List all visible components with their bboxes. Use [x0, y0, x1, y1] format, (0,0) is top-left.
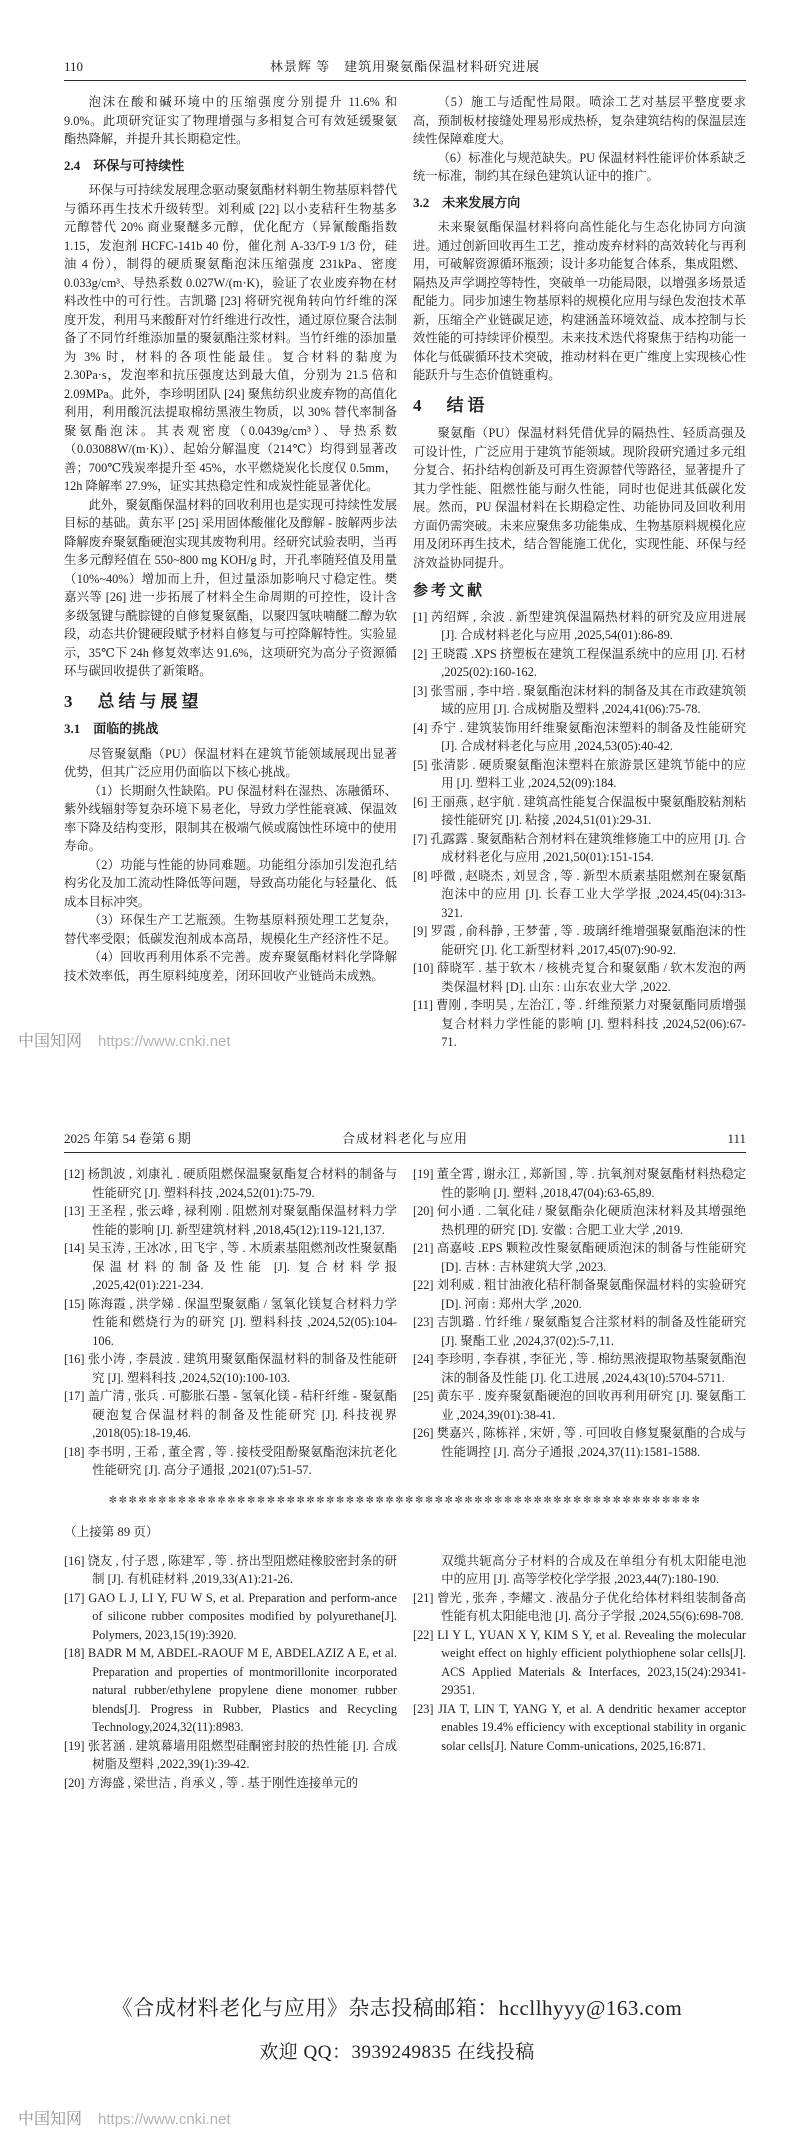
- reference-item: [12] 杨凯波 , 刘康礼 . 硬质阻燃保温聚氨酯复合材料的制备与性能研究 […: [64, 1165, 397, 1202]
- cnki-url: https://www.cnki.net: [98, 1033, 231, 1050]
- reference-item: [23] JIA T, LIN T, YANG Y, et al. A dend…: [413, 1700, 746, 1756]
- journal-submission-footer: 《合成材料老化与应用》杂志投稿邮箱：hccllhyyy@163.com 欢迎 Q…: [0, 1992, 794, 2064]
- reference-item: [21] 曾光 , 张奔 , 李耀文 . 液晶分子优化给体材料组装制备高性能有机…: [413, 1589, 746, 1626]
- section-heading-3: 3 总结与展望: [64, 693, 397, 712]
- continuation-note: （上接第 89 页）: [64, 1521, 746, 1540]
- reference-item: [1] 芮绍辉 , 余波 . 新型建筑保温隔热材料的研究及应用进展 [J]. 合…: [413, 608, 746, 645]
- paragraph-challenge-5: （5）施工与适配性局限。喷涂工艺对基层平整度要求高，预制板材接缝处理易形成热桥，…: [413, 93, 746, 149]
- cnki-watermark: 中国知网 https://www.cnki.net: [18, 2106, 231, 2129]
- paragraph-sustainability-1: 环保与可持续发展理念驱动聚氨酯材料朝生物基原料替代与循环再生技术升级转型。刘利威…: [64, 181, 397, 496]
- page-110: 110 林景辉 等 建筑用聚氨酯保温材料研究进展 泡沫在酸和碱环境中的压缩强度分…: [64, 56, 746, 1052]
- reference-item: [20] 何小通 . 二氧化硅 / 聚氨酯杂化硬质泡沫材料及其增强绝热机理的研究…: [413, 1202, 746, 1239]
- page-number: 111: [596, 1131, 746, 1147]
- paragraph-challenge-2: （2）功能与性能的协同难题。功能组分添加引发泡孔结构劣化及加工流动性降低等问题，…: [64, 856, 397, 912]
- continued-article-columns: [16] 饶友 , 付子恩 , 陈建军 , 等 . 挤出型阻燃硅橡胶密封条的研制…: [64, 1552, 746, 1793]
- cnki-url: https://www.cnki.net: [98, 2111, 231, 2128]
- reference-item: [26] 樊嘉兴 , 陈栋祥 , 宋妍 , 等 . 可回收自修复聚氨酯的合成与性…: [413, 1424, 746, 1461]
- page-110-right-column: （5）施工与适配性局限。喷涂工艺对基层平整度要求高，预制板材接缝处理易形成热桥，…: [413, 93, 746, 1052]
- reference-item: [22] LI Y L, YUAN X Y, KIM S Y, et al. R…: [413, 1626, 746, 1700]
- reference-item: [16] 张小涛 , 李晨波 . 建筑用聚氨酯保温材料的制备及性能研究 [J].…: [64, 1350, 397, 1387]
- running-title: 林景辉 等 建筑用聚氨酯保温材料研究进展: [214, 56, 596, 75]
- cnki-brand: 中国知网: [18, 2106, 82, 2129]
- page-111-right-column: [19] 董全霄 , 谢永江 , 郑新国 , 等 . 抗氧剂对聚氨酯材料热稳定性…: [413, 1165, 746, 1480]
- reference-item: [3] 张雪丽 , 李中培 . 聚氨酯泡沫材料的制备及其在市政建筑领域的应用 […: [413, 682, 746, 719]
- page-110-header: 110 林景辉 等 建筑用聚氨酯保温材料研究进展: [64, 56, 746, 81]
- reference-item: [25] 黄东平 . 废弃聚氨酯硬泡的回收再利用研究 [J]. 聚氨酯工业 ,2…: [413, 1387, 746, 1424]
- reference-item: [18] BADR M M, ABDEL-RAOUF M E, ABDELAZI…: [64, 1644, 397, 1737]
- paragraph-conclusion: 聚氨酯（PU）保温材料凭借优异的隔热性、轻质高强及可设计性，广泛应用于建筑节能领…: [413, 424, 746, 572]
- reference-item: [5] 张清影 . 硬质聚氨酯泡沫塑料在旅游景区建筑节能中的应用 [J]. 塑料…: [413, 756, 746, 793]
- paragraph-challenges-intro: 尽管聚氨酯（PU）保温材料在建筑节能领域展现出显著优势，但其广泛应用仍面临以下核…: [64, 745, 397, 782]
- reference-item: [24] 李珍明 , 李春祺 , 李征光 , 等 . 棉纺黑液提取物基聚氨酯泡沫…: [413, 1350, 746, 1387]
- reference-item: [19] 董全霄 , 谢永江 , 郑新国 , 等 . 抗氧剂对聚氨酯材料热稳定性…: [413, 1165, 746, 1202]
- reference-item: [11] 曹刚 , 李明昊 , 左治江 , 等 . 纤维预紧力对聚氨酯同质增强复…: [413, 996, 746, 1052]
- reference-item: [17] 盖广清 , 张兵 . 可膨胀石墨 - 氢氧化镁 - 秸秆纤维 - 聚氨…: [64, 1387, 397, 1443]
- section-heading-3-2: 3.2 未来发展方向: [413, 194, 746, 213]
- reference-item: [23] 吉凯璐 . 竹纤维 / 聚氨酯复合注浆材料的制备及性能研究 [J]. …: [413, 1313, 746, 1350]
- reference-item: [15] 陈海霞 , 洪学娣 . 保温型聚氨酯 / 氢氧化镁复合材料力学性能和燃…: [64, 1295, 397, 1351]
- reference-item: [10] 薛晓军 . 基于软木 / 核桃壳复合和聚氨酯 / 软木发泡的两类保温材…: [413, 959, 746, 996]
- page-110-left-column: 泡沫在酸和碱环境中的压缩强度分别提升 11.6% 和 9.0%。此项研究证实了物…: [64, 93, 397, 1052]
- paragraph-future-directions: 未来聚氨酯保温材料将向高性能化与生态化协同方向演进。通过创新回收再生工艺，推动废…: [413, 218, 746, 385]
- cnki-brand: 中国知网: [18, 1028, 82, 1051]
- reference-item: [2] 王晓霞 .XPS 挤塑板在建筑工程保温系统中的应用 [J]. 石材 ,2…: [413, 645, 746, 682]
- paragraph-sustainability-2: 此外，聚氨酯保温材料的回收利用也是实现可持续性发展目标的基础。黄东平 [25] …: [64, 496, 397, 681]
- paragraph-challenge-1: （1）长期耐久性缺陷。PU 保温材料在湿热、冻融循环、紫外线辐射等复杂环境下易老…: [64, 782, 397, 856]
- page-number: 110: [64, 59, 214, 75]
- page-111-left-column: [12] 杨凯波 , 刘康礼 . 硬质阻燃保温聚氨酯复合材料的制备与性能研究 […: [64, 1165, 397, 1480]
- reference-item: [4] 乔宁 . 建筑装饰用纤维聚氨酯泡沫塑料的制备及性能研究 [J]. 合成材…: [413, 719, 746, 756]
- cnki-watermark: 中国知网 https://www.cnki.net: [18, 1028, 231, 1051]
- reference-item: [14] 吴玉涛 , 王冰冰 , 田飞宇 , 等 . 木质素基阻燃剂改性聚氨酯保…: [64, 1239, 397, 1295]
- issue-info: 2025 年第 54 卷第 6 期: [64, 1128, 214, 1147]
- paragraph-challenge-6: （6）标准化与规范缺失。PU 保温材料性能评价体系缺乏统一标准，制约其在绿色建筑…: [413, 149, 746, 186]
- reference-item: [8] 呼微 , 赵晓杰 , 刘昱含 , 等 . 新型木质素基阻燃剂在聚氨酯泡沫…: [413, 867, 746, 923]
- reference-item: [21] 高嘉岐 .EPS 颗粒改性聚氨酯硬质泡沫的制备与性能研究 [D]. 吉…: [413, 1239, 746, 1276]
- reference-item: [16] 饶友 , 付子恩 , 陈建军 , 等 . 挤出型阻燃硅橡胶密封条的研制…: [64, 1552, 397, 1589]
- reference-continuation: 双缆共轭高分子材料的合成及在单组分有机太阳能电池中的应用 [J]. 高等学校化学…: [413, 1552, 746, 1589]
- reference-item: [19] 张茗涵 . 建筑幕墙用阻燃型硅酮密封胶的热性能 [J]. 合成树脂及塑…: [64, 1737, 397, 1774]
- continued-left-column: [16] 饶友 , 付子恩 , 陈建军 , 等 . 挤出型阻燃硅橡胶密封条的研制…: [64, 1552, 397, 1793]
- reference-item: [9] 罗霞 , 俞科静 , 王梦蕾 , 等 . 玻璃纤维增强聚氨酯泡沫的性能研…: [413, 922, 746, 959]
- reference-item: [22] 刘利威 . 粗甘油液化秸秆制备聚氨酯保温材料的实验研究 [D]. 河南…: [413, 1276, 746, 1313]
- reference-item: [20] 方海盛 , 梁世洁 , 肖承义 , 等 . 基于刚性连接单元的: [64, 1774, 397, 1793]
- section-heading-4: 4 结语: [413, 397, 746, 416]
- submission-email-line: 《合成材料老化与应用》杂志投稿邮箱：hccllhyyy@163.com: [0, 1992, 794, 2022]
- paragraph-challenge-4: （4）回收再利用体系不完善。废弃聚氨酯材料化学降解技术效率低，再生原料纯度差，闭…: [64, 948, 397, 985]
- references-heading: 参考文献: [413, 582, 746, 601]
- continued-right-column: 双缆共轭高分子材料的合成及在单组分有机太阳能电池中的应用 [J]. 高等学校化学…: [413, 1552, 746, 1793]
- reference-item: [13] 王圣程 , 张云峰 , 禄利刚 . 阻燃剂对聚氨酯保温材料力学性能的影…: [64, 1202, 397, 1239]
- page-111-reference-columns: [12] 杨凯波 , 刘康礼 . 硬质阻燃保温聚氨酯复合材料的制备与性能研究 […: [64, 1165, 746, 1480]
- paragraph-challenge-3: （3）环保生产工艺瓶颈。生物基原料预处理工艺复杂，替代率受限；低碳发泡剂成本高昂…: [64, 911, 397, 948]
- reference-item: [6] 王丽燕 , 赵宇航 . 建筑高性能复合保温板中聚氨酯胶粘剂粘接性能研究 …: [413, 793, 746, 830]
- page-110-columns: 泡沫在酸和碱环境中的压缩强度分别提升 11.6% 和 9.0%。此项研究证实了物…: [64, 93, 746, 1052]
- section-heading-2-4: 2.4 环保与可持续性: [64, 157, 397, 176]
- reference-item: [7] 孔露露 . 聚氨酯粘合剂材料在建筑维修施工中的应用 [J]. 合成材料老…: [413, 830, 746, 867]
- ornament-separator: ✼✼✼✼✼✼✼✼✼✼✼✼✼✼✼✼✼✼✼✼✼✼✼✼✼✼✼✼✼✼✼✼✼✼✼✼✼✼✼✼…: [64, 1495, 746, 1506]
- reference-item: [18] 李书明 , 王希 , 董全霄 , 等 . 接枝受阻酚聚氨酯泡沫抗老化性…: [64, 1443, 397, 1480]
- section-heading-3-1: 3.1 面临的挑战: [64, 720, 397, 739]
- journal-name: 合成材料老化与应用: [214, 1128, 596, 1147]
- paragraph-compression-results: 泡沫在酸和碱环境中的压缩强度分别提升 11.6% 和 9.0%。此项研究证实了物…: [64, 93, 397, 149]
- page-111-header: 2025 年第 54 卷第 6 期 合成材料老化与应用 111: [64, 1128, 746, 1153]
- page-111: 2025 年第 54 卷第 6 期 合成材料老化与应用 111 [12] 杨凯波…: [64, 1128, 746, 1792]
- reference-item: [17] GAO L J, LI Y, FU W S, et al. Prepa…: [64, 1589, 397, 1645]
- submission-qq-line: 欢迎 QQ：3939249835 在线投稿: [0, 2037, 794, 2064]
